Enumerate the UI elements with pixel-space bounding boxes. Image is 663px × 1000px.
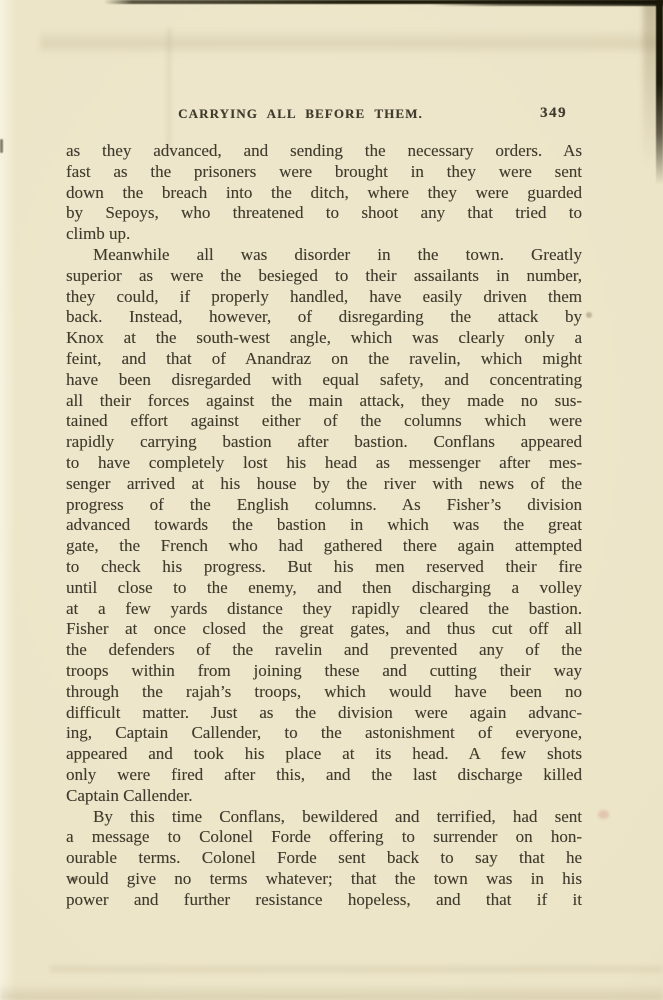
text-line: to check his progress. But his men reser…	[66, 557, 582, 578]
text-line: fast as the prisoners were brought in th…	[66, 162, 582, 183]
text-line: the defenders of the ravelin and prevent…	[66, 640, 582, 661]
text-line: By this time Conflans, bewildered and te…	[66, 807, 582, 828]
text-line: down the breach into the ditch, where th…	[66, 183, 582, 204]
text-line: advanced towards the bastion in which wa…	[66, 515, 582, 536]
text-line: rapidly carrying bastion after bastion. …	[66, 432, 582, 453]
text-line: climb up.	[66, 224, 582, 245]
text-line: only were fired after this, and the last…	[66, 765, 582, 786]
text-line: as they advanced, and sending the necess…	[66, 141, 582, 162]
scan-right-shadow	[643, 0, 659, 175]
text-line: would give no terms whatever; that the t…	[66, 869, 582, 890]
paper-stain	[598, 810, 609, 819]
scanned-book-page: CARRYING ALL BEFORE THEM. 349 as they ad…	[0, 0, 663, 1000]
text-line: until close to the enemy, and then disch…	[66, 578, 582, 599]
text-line: Meanwhile all was disorder in the town. …	[66, 245, 582, 266]
scan-edge-top	[104, 0, 663, 4]
text-line: ing, Captain Callender, to the astonishm…	[66, 723, 582, 744]
page-left-highlight	[0, 0, 16, 1000]
page-crease-bottom	[50, 964, 663, 974]
scan-edge-top-right	[430, 0, 663, 6]
text-line: troops within from joining these and cut…	[66, 661, 582, 682]
text-line: have been disregarded with equal safety,…	[66, 370, 582, 391]
paper-speck	[586, 312, 592, 318]
text-line: appeared and took his place at its head.…	[66, 744, 582, 765]
text-line: through the rajah’s troops, which would …	[66, 682, 582, 703]
text-line: a message to Colonel Forde offering to s…	[66, 827, 582, 848]
text-line: back. Instead, however, of disregarding …	[66, 307, 582, 328]
scan-edge-right	[656, 0, 663, 185]
page-crease-vertical	[167, 28, 171, 150]
text-line: Knox at the south-west angle, which was …	[66, 328, 582, 349]
body-text: as they advanced, and sending the necess…	[66, 141, 582, 910]
text-line: at a few yards distance they rapidly cle…	[66, 599, 582, 620]
text-line: feint, and that of Anandraz on the ravel…	[66, 349, 582, 370]
paper-speck	[0, 139, 3, 153]
text-line: they could, if properly handled, have ea…	[66, 287, 582, 308]
text-line: all their forces against the main attack…	[66, 391, 582, 412]
text-line: Fisher at once closed the great gates, a…	[66, 619, 582, 640]
text-line: to have completely lost his head as mess…	[66, 453, 582, 474]
text-line: ourable terms. Colonel Forde sent back t…	[66, 848, 582, 869]
running-head-title: CARRYING ALL BEFORE THEM.	[178, 104, 423, 124]
text-line: progress of the English columns. As Fish…	[66, 495, 582, 516]
text-line: power and further resistance hopeless, a…	[66, 890, 582, 911]
running-head: CARRYING ALL BEFORE THEM. 349	[66, 104, 581, 124]
text-line: difficult matter. Just as the division w…	[66, 703, 582, 724]
text-line: Captain Callender.	[66, 786, 582, 807]
text-line: superior as were the besieged to their a…	[66, 266, 582, 287]
page-crease-top	[40, 30, 663, 54]
page-bottom-shading	[0, 984, 663, 1000]
page-number: 349	[540, 103, 567, 123]
text-line: gate, the French who had gathered there …	[66, 536, 582, 557]
text-line: tained effort against either of the colu…	[66, 411, 582, 432]
text-line: senger arrived at his house by the river…	[66, 474, 582, 495]
text-line: by Sepoys, who threatened to shoot any t…	[66, 203, 582, 224]
